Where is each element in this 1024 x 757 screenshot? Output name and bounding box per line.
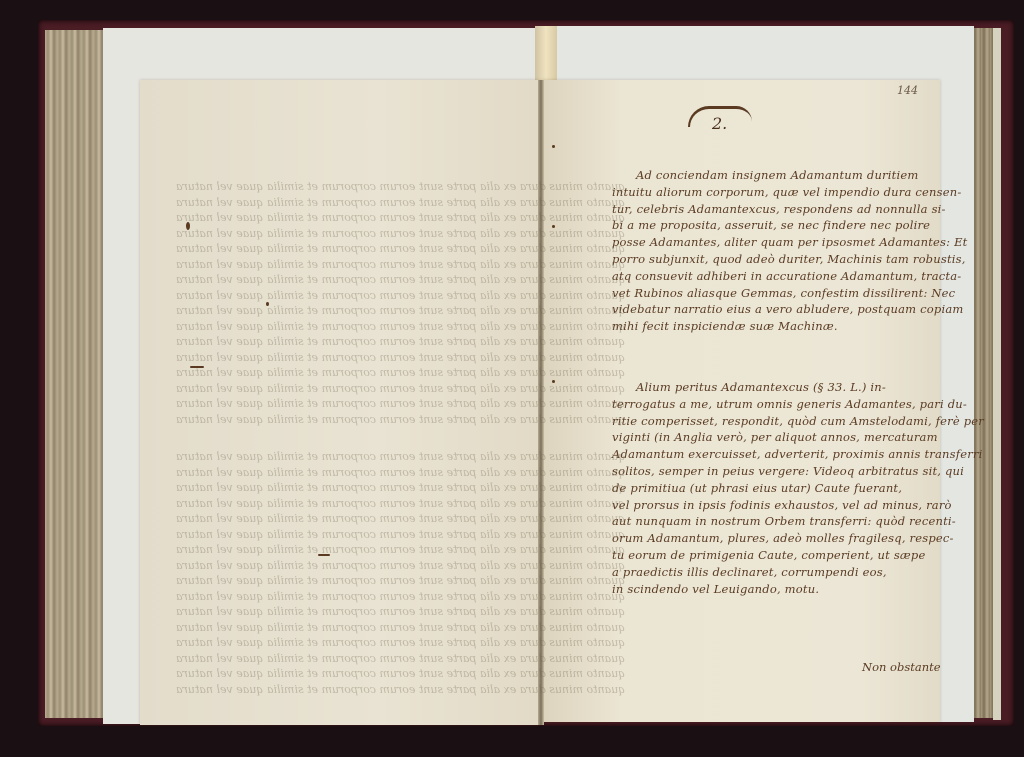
show-through-line: quanto minus dura ex alia parte sunt eor… [176,652,625,665]
page-block-right-edge [972,28,994,718]
manuscript-line: in scindendo vel Leuigando, motu. [612,582,819,596]
show-through-line: quanto minus dura ex alia parte sunt eor… [176,466,625,479]
show-through-line: quanto minus dura ex alia parte sunt eor… [176,481,625,494]
manuscript-line: de primitiua (ut phrasi eius utar) Caute… [612,481,902,495]
manuscript-line: tu eorum de primigenia Caute, comperient… [612,548,926,562]
manuscript-line: vet Rubinos aliasque Gemmas, confestim d… [612,286,955,300]
show-through-line: quanto minus dura ex alia parte sunt eor… [176,450,625,463]
manuscript-line: mihi fecit inspiciendæ suæ Machinæ. [612,319,838,333]
show-through-line: quanto minus dura ex alia parte sunt eor… [176,683,625,696]
show-through-line: quanto minus dura ex alia parte sunt eor… [176,320,625,333]
show-through-line: quanto minus dura ex alia parte sunt eor… [176,590,625,603]
manuscript-line: atq consuevit adhiberi in accuratione Ad… [612,269,961,283]
page-block-left-edge [45,30,103,718]
manuscript-line: vel prorsus in ipsis fodinis exhaustos, … [612,498,952,512]
manuscript-line: terrogatus a me, utrum omnis generis Ada… [612,397,967,411]
manuscript-line: orum Adamantum, plures, adeò molles frag… [612,531,954,545]
ink-spot [552,145,555,148]
book-gutter [535,26,557,84]
show-through-line: quanto minus dura ex alia parte sunt eor… [176,397,625,410]
show-through-line: quanto minus dura ex alia parte sunt eor… [176,258,625,271]
show-through-line: quanto minus dura ex alia parte sunt eor… [176,335,625,348]
show-through-line: quanto minus dura ex alia parte sunt eor… [176,605,625,618]
folio-number: 144 [897,84,918,97]
endpaper-right [993,28,1001,720]
show-through-line: quanto minus dura ex alia parte sunt eor… [176,667,625,680]
manuscript-line: Alium peritus Adamantexcus (§ 33. L.) in… [636,380,886,394]
show-through-line: quanto minus dura ex alia parte sunt eor… [176,636,625,649]
catchword: Non obstante [862,660,941,674]
manuscript-line: viginti (in Anglia verò, per aliquot ann… [612,430,938,444]
manuscript-line: posse Adamantes, aliter quam per ipsosme… [612,235,968,249]
show-through-line: quanto minus dura ex alia parte sunt eor… [176,382,625,395]
manuscript-line: aut nunquam in nostrum Orbem transferri:… [612,514,956,528]
manuscript-line: bi a me proposita, asseruit, se nec find… [612,218,930,232]
show-through-line: quanto minus dura ex alia parte sunt eor… [176,180,625,193]
manuscript-line: porro subjunxit, quod adeò duriter, Mach… [612,252,966,266]
manuscript-line: Adamantum exercuisset, adverterit, proxi… [612,447,983,461]
show-through-line: quanto minus dura ex alia parte sunt eor… [176,574,625,587]
show-through-line: quanto minus dura ex alia parte sunt eor… [176,621,625,634]
manuscript-line: ritie comperisset, respondit, quòd cum A… [612,414,984,428]
show-through-line: quanto minus dura ex alia parte sunt eor… [176,289,625,302]
manuscript-line: tur, celebris Adamantexcus, respondens a… [612,202,946,216]
show-through-line: quanto minus dura ex alia parte sunt eor… [176,273,625,286]
show-through-line: quanto minus dura ex alia parte sunt eor… [176,351,625,364]
show-through-line: quanto minus dura ex alia parte sunt eor… [176,227,625,240]
show-through-line: quanto minus dura ex alia parte sunt eor… [176,366,625,379]
show-through-line: quanto minus dura ex alia parte sunt eor… [176,413,625,426]
show-through-line: quanto minus dura ex alia parte sunt eor… [176,304,625,317]
manuscript-line: Ad conciendam insignem Adamantum duritie… [636,168,918,182]
manuscript-line: a praedictis illis declinaret, corrumpen… [612,565,887,579]
manuscript-line: solitos, semper in peius vergere: Videoq… [612,464,964,478]
show-through-line: quanto minus dura ex alia parte sunt eor… [176,242,625,255]
show-through-line: quanto minus dura ex alia parte sunt eor… [176,512,625,525]
show-through-line: quanto minus dura ex alia parte sunt eor… [176,543,625,556]
section-number: 2. [712,114,727,133]
show-through-line: quanto minus dura ex alia parte sunt eor… [176,211,625,224]
manuscript-line: intuitu aliorum corporum, quæ vel impend… [612,185,961,199]
show-through-line: quanto minus dura ex alia parte sunt eor… [176,528,625,541]
show-through-line: quanto minus dura ex alia parte sunt eor… [176,196,625,209]
show-through-line: quanto minus dura ex alia parte sunt eor… [176,559,625,572]
manuscript-line: videbatur narratio eius a vero abludere,… [612,302,964,316]
show-through-line: quanto minus dura ex alia parte sunt eor… [176,497,625,510]
